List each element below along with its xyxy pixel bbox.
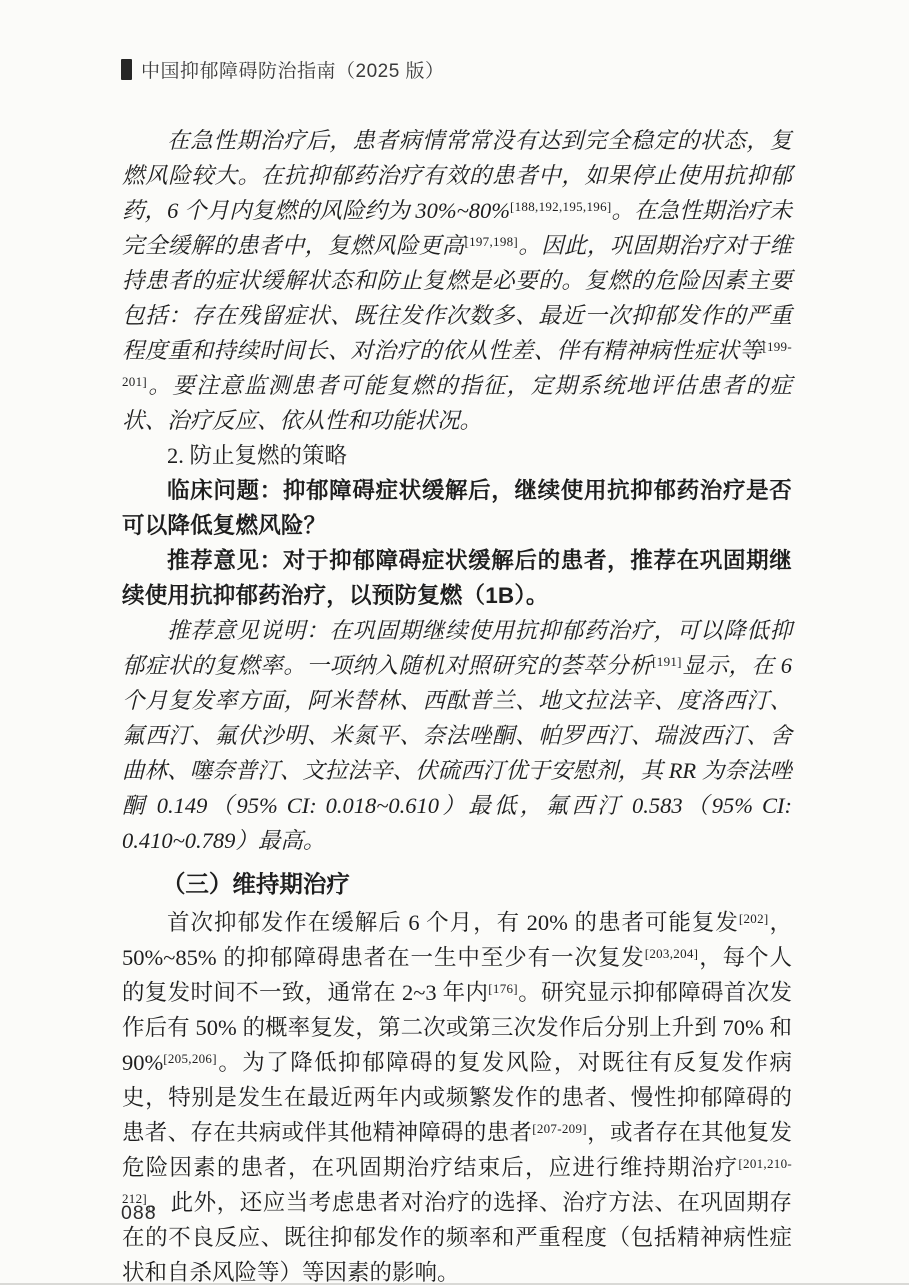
page-body: 在急性期治疗后，患者病情常常没有达到完全稳定的状态，复燃风险较大。在抗抑郁药治疗… <box>122 123 792 1285</box>
reference-superscript: [197,198] <box>464 234 518 249</box>
heading-prevent-relapse-strategy: 2. 防止复燃的策略 <box>122 438 792 473</box>
reference-superscript: [205,206] <box>163 1051 217 1066</box>
paragraph-consolidation-phase: 在急性期治疗后，患者病情常常没有达到完全稳定的状态，复燃风险较大。在抗抑郁药治疗… <box>122 123 792 438</box>
reference-superscript: [188,192,195,196] <box>510 199 612 214</box>
reference-superscript: [199-201] <box>122 339 792 389</box>
reference-superscript: [203,204] <box>645 946 699 961</box>
document-page: 中国抑郁障碍防治指南（2025 版） 在急性期治疗后，患者病情常常没有达到完全稳… <box>0 0 909 1285</box>
statistic-symbol-italic: CI <box>287 793 310 818</box>
recommendation: 推荐意见：对于抑郁障碍症状缓解后的患者，推荐在巩固期继续使用抗抑郁药治疗，以预防… <box>122 543 792 613</box>
section-heading-maintenance-phase: （三）维持期治疗 <box>122 867 792 902</box>
statistic-symbol-italic: CI <box>762 793 785 818</box>
paragraph-maintenance-phase: 首次抑郁发作在缓解后 6 个月，有 20% 的患者可能复发[202]，50%~8… <box>122 905 792 1285</box>
running-header: 中国抑郁障碍防治指南（2025 版） <box>121 56 445 83</box>
reference-superscript: [191] <box>652 654 682 669</box>
reference-superscript: [202] <box>739 911 769 926</box>
statistic-symbol-italic: RR <box>669 758 697 783</box>
reference-superscript: [201,210-212] <box>122 1156 792 1206</box>
header-bar-icon <box>121 59 132 80</box>
reference-superscript: [176] <box>488 981 518 996</box>
recommendation-note: 推荐意见说明：在巩固期继续使用抗抑郁药治疗，可以降低抑郁症状的复燃率。一项纳入随… <box>122 613 792 858</box>
reference-superscript: [207-209] <box>532 1121 587 1136</box>
header-title: 中国抑郁障碍防治指南（2025 版） <box>141 56 445 83</box>
clinical-question: 临床问题：抑郁障碍症状缓解后，继续使用抗抑郁药治疗是否可以降低复燃风险？ <box>122 473 792 543</box>
page-number: 088 <box>121 1202 157 1225</box>
